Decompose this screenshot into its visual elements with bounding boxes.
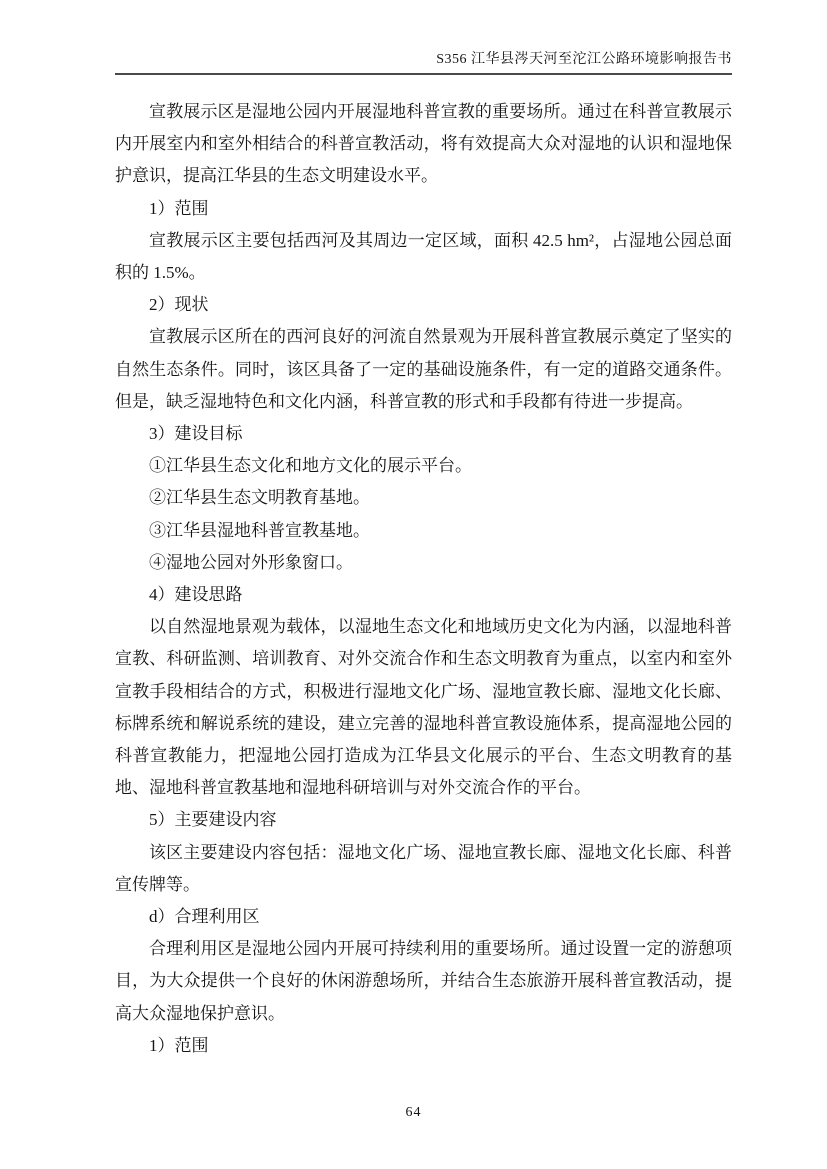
heading-approach: 4）建设思路 <box>115 579 732 611</box>
list-item-goal-3: ③江华县湿地科普宣教基地。 <box>115 515 732 547</box>
page-number: 64 <box>406 1105 422 1120</box>
paragraph-status: 宣教展示区所在的西河良好的河流自然景观为开展科普宣教展示奠定了坚实的自然生态条件… <box>115 321 732 418</box>
page-footer: 64 <box>0 1103 827 1121</box>
heading-status: 2）现状 <box>115 289 732 321</box>
list-item-goal-4: ④湿地公园对外形象窗口。 <box>115 547 732 579</box>
heading-scope: 1）范围 <box>115 193 732 225</box>
paragraph-education-zone-intro: 宣教展示区是湿地公园内开展湿地科普宣教的重要场所。通过在科普宣教展示内开展室内和… <box>115 96 732 193</box>
paragraph-approach: 以自然湿地景观为载体，以湿地生态文化和地域历史文化为内涵，以湿地科普宣教、科研监… <box>115 611 732 804</box>
page-header: S356 江华县涔天河至沱江公路环境影响报告书 <box>115 0 732 75</box>
paragraph-main-content: 该区主要建设内容包括：湿地文化广场、湿地宣教长廊、湿地文化长廊、科普宣传牌等。 <box>115 837 732 901</box>
list-item-goal-2: ②江华县生态文明教育基地。 <box>115 482 732 514</box>
heading-scope-2: 1）范围 <box>115 1030 732 1062</box>
heading-rational-use-zone: d）合理利用区 <box>115 901 732 933</box>
document-page: S356 江华县涔天河至沱江公路环境影响报告书 宣教展示区是湿地公园内开展湿地科… <box>0 0 827 1169</box>
paragraph-scope: 宣教展示区主要包括西河及其周边一定区域，面积 42.5 hm²，占湿地公园总面积… <box>115 225 732 289</box>
paragraph-rational-use-intro: 合理利用区是湿地公园内开展可持续利用的重要场所。通过设置一定的游憩项目，为大众提… <box>115 933 732 1030</box>
header-title: S356 江华县涔天河至沱江公路环境影响报告书 <box>436 49 732 73</box>
heading-goals: 3）建设目标 <box>115 418 732 450</box>
document-body: 宣教展示区是湿地公园内开展湿地科普宣教的重要场所。通过在科普宣教展示内开展室内和… <box>115 96 732 1062</box>
heading-main-content: 5）主要建设内容 <box>115 804 732 836</box>
list-item-goal-1: ①江华县生态文化和地方文化的展示平台。 <box>115 450 732 482</box>
